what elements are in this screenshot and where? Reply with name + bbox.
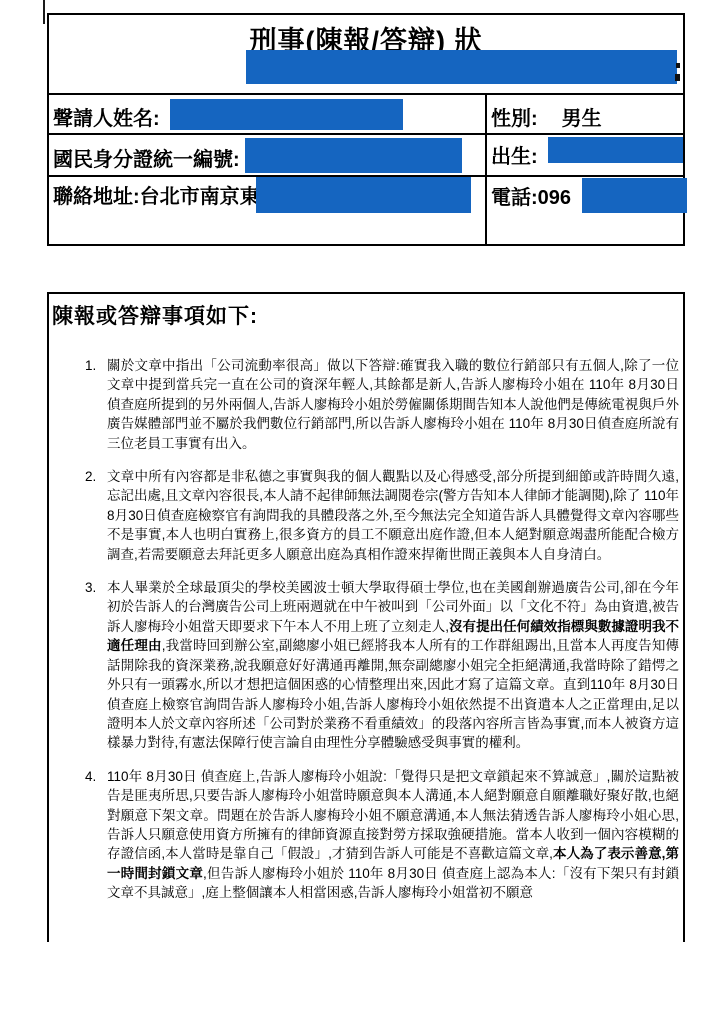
contact-address-label: 聯絡地址: xyxy=(53,186,140,208)
birth-date-label: 出生: xyxy=(491,140,538,169)
redaction-box-applicant-name xyxy=(170,99,403,130)
statement-section: 陳報或答辯事項如下: 1. 關於文章中指出「公司流動率很高」做以下答辯:確實我入… xyxy=(47,292,685,942)
statement-item-text: 文章中所有內容都是非私德之事實與我的個人觀點以及心得感受,部分所提到細節或許時間… xyxy=(107,467,679,564)
text-segment: ,我當時回到辦公室,副總廖小姐已經將我本人所有的工作群組踢出,且當本人再度告知傳… xyxy=(107,638,679,750)
redaction-box-address xyxy=(256,177,471,213)
table-column-divider xyxy=(485,93,487,244)
scanned-legal-document-page: 刑事(陳報/答辯) 狀 聲請人姓名: 性別:男生 國民身分證統一編號: 出生: … xyxy=(0,0,724,1024)
redaction-box-birth-date xyxy=(548,137,683,163)
statement-items-list: 1. 關於文章中指出「公司流動率很高」做以下答辯:確實我入職的數位行銷部只有五個… xyxy=(49,356,683,903)
text-segment: 關於文章中指出「公司流動率很高」做以下答辯:確實我入職的數位行銷部只有五個人,除… xyxy=(107,358,679,451)
redaction-box-national-id xyxy=(245,138,462,173)
statement-item-4: 4. 110年 8月30日 偵查庭上,告訴人廖梅玲小姐說:「覺得只是把文章鎖起來… xyxy=(85,767,679,903)
contact-address-field: 聯絡地址:台北市南京東 xyxy=(53,180,260,209)
gender-value: 男生 xyxy=(562,108,602,130)
contact-address-visible-value: 台北市南京東 xyxy=(140,186,260,208)
statement-item-text: 本人畢業於全球最頂尖的學校美國波士頓大學取得碩士學位,也在美國創辦過廣告公司,卻… xyxy=(107,578,679,753)
redaction-box-phone xyxy=(582,178,687,213)
statement-item-3: 3. 本人畢業於全球最頂尖的學校美國波士頓大學取得碩士學位,也在美國創辦過廣告公… xyxy=(85,578,679,753)
phone-field: 電話:096 xyxy=(491,181,571,210)
statement-item-1: 1. 關於文章中指出「公司流動率很高」做以下答辯:確實我入職的數位行銷部只有五個… xyxy=(85,356,679,453)
page-corner-mark xyxy=(43,0,45,24)
phone-label: 電話: xyxy=(491,187,538,209)
redaction-box-case-info xyxy=(246,50,677,84)
header-table: 刑事(陳報/答辯) 狀 聲請人姓名: 性別:男生 國民身分證統一編號: 出生: … xyxy=(47,13,685,246)
text-segment: 文章中所有內容都是非私德之事實與我的個人觀點以及心得感受,部分所提到細節或許時間… xyxy=(107,469,679,562)
covered-text-fragment xyxy=(676,63,680,68)
national-id-label: 國民身分證統一編號: xyxy=(53,143,240,172)
covered-text-fragment xyxy=(675,74,680,81)
statement-section-title: 陳報或答辯事項如下: xyxy=(52,300,683,330)
gender-field: 性別:男生 xyxy=(491,102,602,131)
item-number: 3. xyxy=(85,578,107,597)
statement-item-text: 關於文章中指出「公司流動率很高」做以下答辯:確實我入職的數位行銷部只有五個人,除… xyxy=(107,356,679,453)
phone-visible-value: 096 xyxy=(538,187,571,209)
item-number: 4. xyxy=(85,767,107,786)
table-row-divider xyxy=(49,133,683,135)
item-number: 2. xyxy=(85,467,107,486)
statement-item-2: 2. 文章中所有內容都是非私德之事實與我的個人觀點以及心得感受,部分所提到細節或… xyxy=(85,467,679,564)
statement-item-text: 110年 8月30日 偵查庭上,告訴人廖梅玲小姐說:「覺得只是把文章鎖起來不算誠… xyxy=(107,767,679,903)
table-row-divider xyxy=(49,93,683,95)
applicant-name-label: 聲請人姓名: xyxy=(53,102,160,131)
gender-label: 性別: xyxy=(491,108,538,130)
item-number: 1. xyxy=(85,356,107,375)
